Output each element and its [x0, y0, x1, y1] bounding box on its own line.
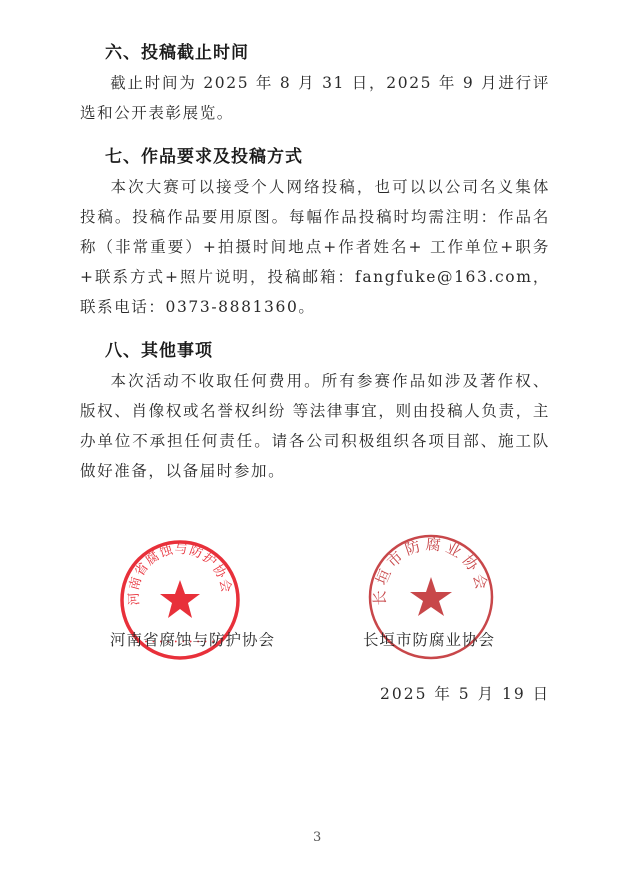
- star-icon: [410, 577, 452, 616]
- section-paragraph-requirements: 本次大赛可以接受个人网络投稿，也可以以公司名义集体投稿。投稿作品要用原图。每幅作…: [80, 172, 550, 322]
- signature-org-changyuan: 长垣市防腐业协会: [363, 628, 495, 650]
- signature-org-henan: 河南省腐蚀与防护协会: [110, 628, 275, 650]
- document-page: 六、投稿截止时间 截止时间为 2025 年 8 月 31 日，2025 年 9 …: [0, 0, 620, 890]
- paragraph-text: 本次活动不收取任何费用。所有参赛作品如涉及著作权、版权、肖像权或名誉权纠纷 等法…: [80, 372, 550, 480]
- issue-date: 2025 年 5 月 19 日: [380, 682, 550, 704]
- paragraph-text: 本次大赛可以接受个人网络投稿，也可以以公司名义集体投稿。投稿作品要用原图。每幅作…: [80, 178, 550, 316]
- page-number: 3: [313, 830, 321, 845]
- paragraph-text: 截止时间为 2025 年 8 月 31 日，2025 年 9 月进行评选和公开表…: [80, 74, 550, 122]
- section-heading-other: 八、其他事项: [105, 336, 213, 361]
- section-paragraph-other: 本次活动不收取任何费用。所有参赛作品如涉及著作权、版权、肖像权或名誉权纠纷 等法…: [80, 366, 550, 486]
- section-heading-requirements: 七、作品要求及投稿方式: [105, 142, 303, 167]
- section-paragraph-deadline: 截止时间为 2025 年 8 月 31 日，2025 年 9 月进行评选和公开表…: [80, 68, 550, 128]
- section-heading-deadline: 六、投稿截止时间: [105, 38, 249, 63]
- star-icon: [160, 580, 200, 618]
